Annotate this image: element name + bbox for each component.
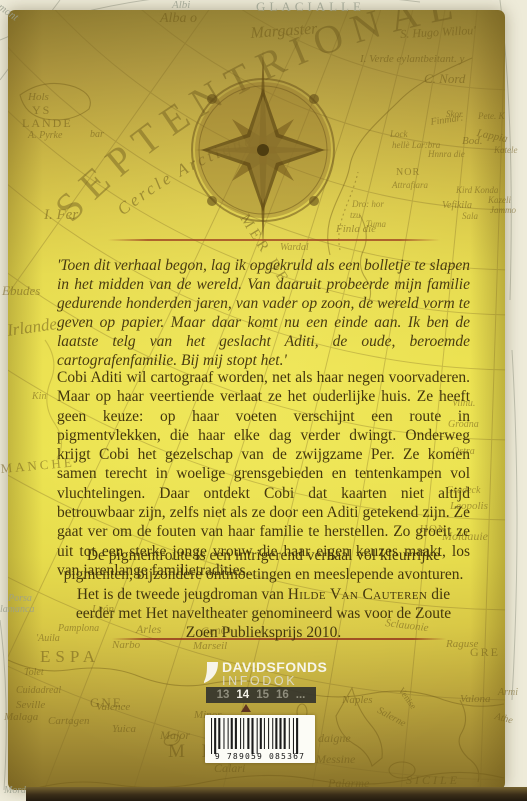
age-value: 13 — [217, 689, 230, 701]
isbn-digits: 9 789059 085367 — [205, 752, 315, 761]
blurb-segment: Het naveltheater — [146, 605, 248, 622]
book-back-cover-photo: { "cover": { "quote": "'Toen dit verhaal… — [0, 0, 527, 801]
age-value: 15 — [256, 689, 269, 701]
age-range-bar: 13141516... — [206, 687, 316, 703]
divider-rule-top — [108, 239, 440, 241]
blurb-segment: De pigmentroute — [87, 547, 192, 564]
book-bottom-edge-shadow — [26, 787, 527, 801]
age-value: 16 — [276, 689, 289, 701]
barcode: 9 789059 085367 — [205, 715, 315, 763]
publisher-logo: DAVIDSFONDS INFODOK — [204, 661, 327, 688]
age-value: ... — [296, 689, 306, 701]
barcode-bars — [211, 718, 309, 754]
publisher-name: DAVIDSFONDS — [222, 661, 327, 674]
davidsfonds-quote-icon — [204, 661, 219, 685]
blurb-paragraph: De pigmentroute is een intrigerend verha… — [60, 546, 467, 642]
blurb-segment: Hilde Van Cauteren — [288, 586, 428, 603]
age-value: 14 — [236, 689, 249, 701]
quote-paragraph: 'Toen dit verhaal begon, lag ik opgekrul… — [57, 256, 470, 370]
pointer-triangle-icon — [241, 704, 251, 712]
